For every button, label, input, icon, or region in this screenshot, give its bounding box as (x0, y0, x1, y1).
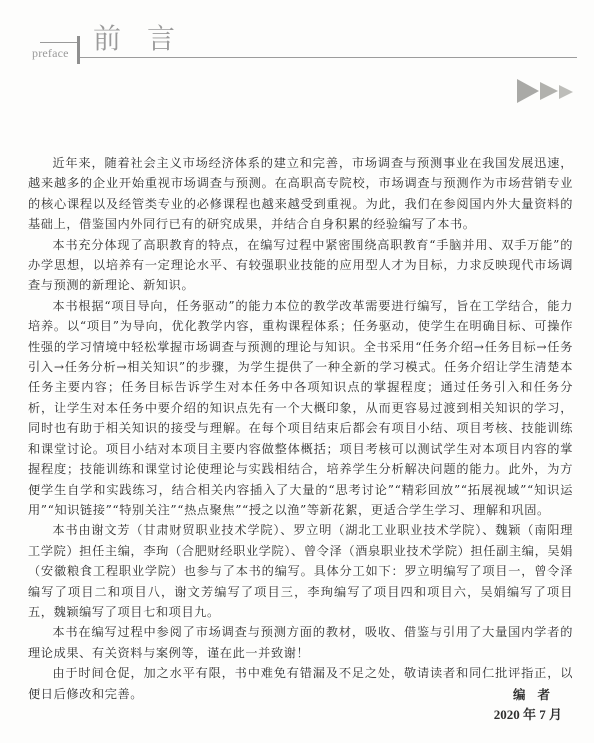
header-vertical-bar (77, 36, 80, 64)
preface-body: 近年来，随着社会主义市场经济体系的建立和完善，市场调查与预测事业在我国发展迅速，… (28, 153, 573, 704)
page-header: preface 前言 (0, 0, 594, 110)
arrow-right-icon (540, 82, 558, 100)
signature-block: 编者 2020 年 7 月 (494, 685, 562, 725)
paragraph-authors: 本书由谢文芳（甘肃财贸职业技术学院）、罗立明（湖北工业职业技术学院）、魏颖（南阳… (28, 520, 573, 622)
paragraph-features: 本书充分体现了高职教育的特点，在编写过程中紧密围绕高职教育“手脑并用、双手万能”… (28, 235, 573, 296)
page-title: 前言 (93, 22, 201, 56)
paragraph-intro: 近年来，随着社会主义市场经济体系的建立和完善，市场调查与预测事业在我国发展迅速，… (28, 153, 573, 235)
preface-label-en: preface (32, 46, 69, 61)
header-long-rule (80, 57, 577, 58)
header-short-rule (40, 42, 78, 43)
arrow-right-icon (559, 85, 573, 99)
signature-date: 2020 年 7 月 (494, 705, 562, 725)
arrow-right-icon (517, 79, 539, 103)
paragraph-structure: 本书根据“项目导向，任务驱动”的能力本位的教学改革需要进行编写，旨在工学结合，能… (28, 296, 573, 520)
signature-author: 编者 (494, 685, 574, 705)
paragraph-acknowledgement: 本书在编写过程中参阅了市场调查与预测方面的教材，吸收、借鉴与引用了大量国内学者的… (28, 622, 573, 663)
paragraph-closing: 由于时间仓促，加之水平有限，书中难免有错漏及不足之处，敬请读者和同仁批评指正，以… (28, 663, 573, 704)
